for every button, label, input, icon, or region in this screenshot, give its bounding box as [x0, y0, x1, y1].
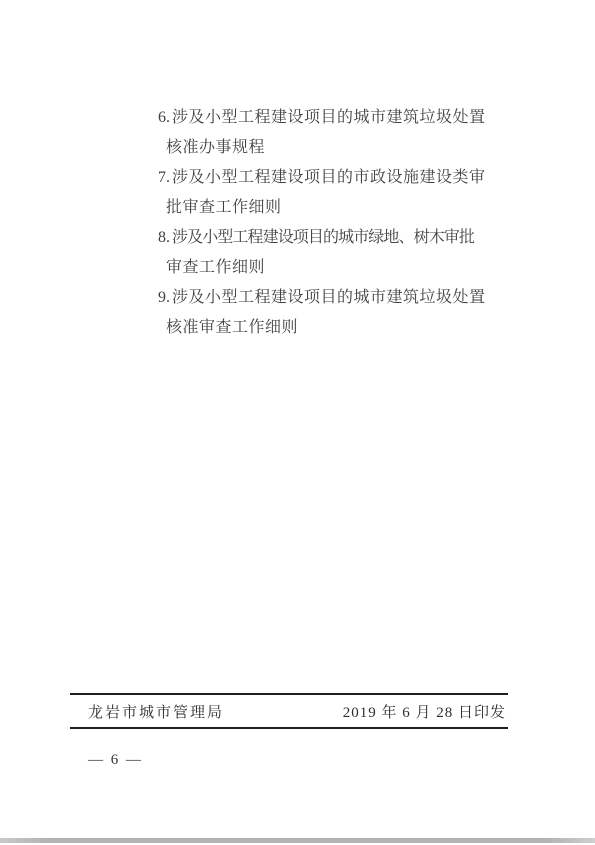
item-number: 9.: [158, 283, 172, 313]
list-item: 8.涉及小型工程建设项目的城市绿地、树木审批 审查工作细则: [158, 223, 486, 283]
item-text-line2: 核准办事规程: [158, 133, 486, 163]
item-line-1: 8.涉及小型工程建设项目的城市绿地、树木审批: [158, 223, 486, 253]
item-text-line1: 涉及小型工程建设项目的市政设施建设类审: [172, 169, 486, 186]
print-footer: 龙岩市城市管理局 2019 年 6 月 28 日印发: [70, 693, 508, 729]
item-line-1: 6.涉及小型工程建设项目的城市建筑垃圾处置: [158, 103, 486, 133]
list-item: 6.涉及小型工程建设项目的城市建筑垃圾处置 核准办事规程: [158, 103, 486, 163]
list-item: 9.涉及小型工程建设项目的城市建筑垃圾处置 核准审查工作细则: [158, 283, 486, 343]
item-line-1: 9.涉及小型工程建设项目的城市建筑垃圾处置: [158, 283, 486, 313]
item-number: 6.: [158, 103, 172, 133]
item-text-line1: 涉及小型工程建设项目的城市绿地、树木审批: [172, 229, 474, 246]
list-item: 7.涉及小型工程建设项目的市政设施建设类审 批审查工作细则: [158, 163, 486, 223]
item-number: 8.: [158, 223, 172, 253]
item-text-line2: 审查工作细则: [158, 253, 486, 283]
document-list: 6.涉及小型工程建设项目的城市建筑垃圾处置 核准办事规程 7.涉及小型工程建设项…: [158, 103, 486, 343]
item-text-line1: 涉及小型工程建设项目的城市建筑垃圾处置: [172, 109, 486, 126]
item-line-1: 7.涉及小型工程建设项目的市政设施建设类审: [158, 163, 486, 193]
item-number: 7.: [158, 163, 172, 193]
document-page: 6.涉及小型工程建设项目的城市建筑垃圾处置 核准办事规程 7.涉及小型工程建设项…: [0, 0, 595, 845]
item-text-line2: 批审查工作细则: [158, 193, 486, 223]
item-text-line1: 涉及小型工程建设项目的城市建筑垃圾处置: [172, 289, 486, 306]
print-date: 2019 年 6 月 28 日印发: [343, 701, 506, 722]
issuing-agency: 龙岩市城市管理局: [88, 701, 224, 722]
item-text-line2: 核准审查工作细则: [158, 313, 486, 343]
page-number: — 6 —: [88, 752, 143, 769]
scan-edge-shadow: [0, 838, 595, 843]
